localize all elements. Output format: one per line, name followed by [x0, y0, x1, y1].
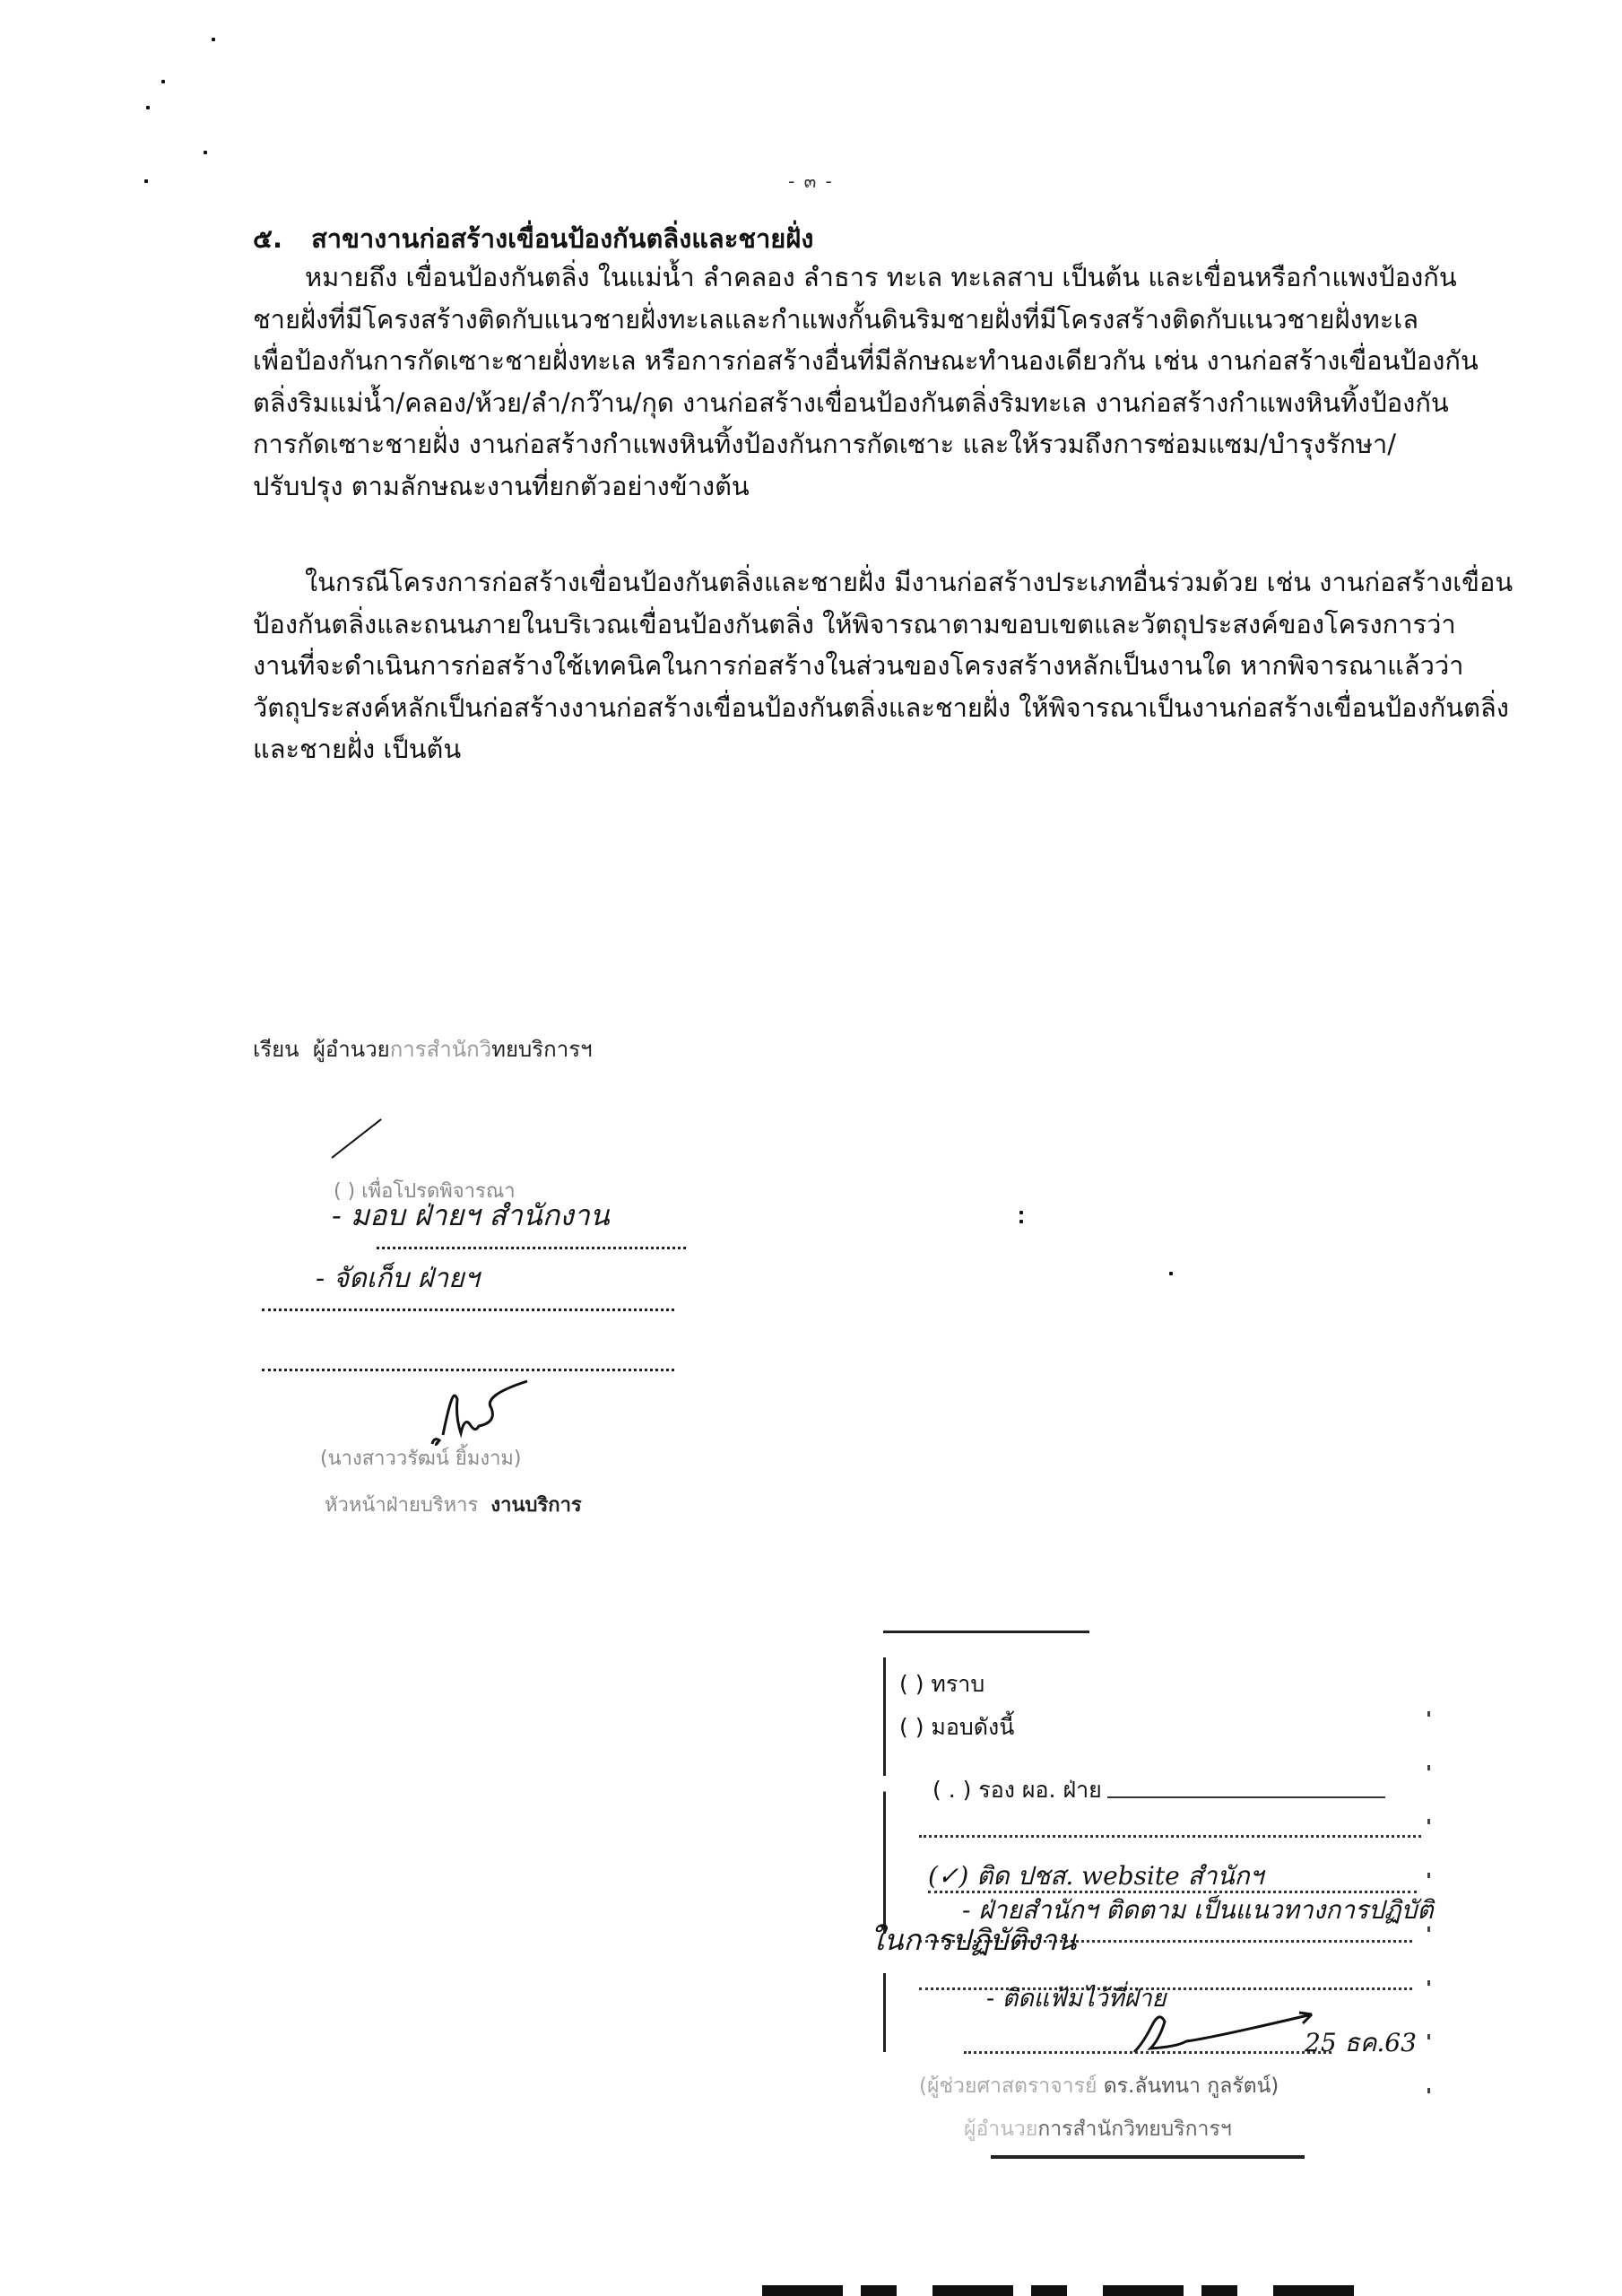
dotted-line: [964, 2051, 1331, 2054]
handwritten-note: ในการปฏิบัติงาน: [870, 1918, 1076, 1963]
director-position-faded: ผู้อำนวย: [964, 2118, 1037, 2141]
check-slash-mark: [331, 1118, 381, 1159]
director-stamp-box: ( ) ทราบ ( ) มอบดังนี้ ( . ) รอง ผอ. ฝ่า…: [883, 1622, 1439, 2160]
dotted-line: [262, 1309, 674, 1311]
stamp-option-deputy: ( . ) รอง ผอ. ฝ่าย: [932, 1772, 1102, 1808]
body-paragraph-1: หมายถึง เขื่อนป้องกันตลิ่ง ในแม่น้ำ ลำคล…: [253, 257, 1533, 507]
signer-position: หัวหน้าฝ่ายบริหาร งานบริการ: [325, 1489, 582, 1520]
paragraph-line: วัตถุประสงค์หลักเป็นก่อสร้างงานก่อสร้างเ…: [253, 687, 1533, 729]
stamp-option-assign: ( ) มอบดังนี้: [899, 1709, 1014, 1745]
signer-name: (นางสาววรัฒน์ ยิ้มงาม): [320, 1442, 522, 1474]
stamp-fill-line: [1107, 1796, 1385, 1798]
scan-speck: [146, 106, 150, 109]
paragraph-line: และชายฝั่ง เป็นต้น: [253, 728, 1533, 770]
scan-speck: [161, 80, 165, 83]
handwritten-note: - จัดเก็บ ฝ่ายฯ: [316, 1257, 480, 1300]
signer-position-faded: หัวหน้าฝ่ายบริหาร: [325, 1494, 478, 1517]
page-number: - ๓ -: [0, 167, 1622, 196]
paragraph-line: ตลิ่งริมแม่น้ำ/คลอง/ห้วย/ลำ/กว๊าน/กุด งา…: [253, 382, 1533, 424]
scan-speck: [212, 38, 215, 41]
scan-speck: [1169, 1272, 1173, 1275]
paragraph-line: เพื่อป้องกันการกัดเซาะชายฝั่งทะเล หรือกา…: [253, 340, 1533, 382]
handwritten-note: - มอบ ฝ่ายฯ สำนักงาน: [332, 1193, 610, 1239]
stamp-border-top: [883, 1631, 1089, 1633]
paragraph-line: หมายถึง เขื่อนป้องกันตลิ่ง ในแม่น้ำ ลำคล…: [253, 257, 1533, 299]
scanned-document-page: - ๓ - ๕. สาขางานก่อสร้างเขื่อนป้องกันตลิ…: [0, 0, 1622, 2296]
director-name-text: ดร.ลันทนา กูลรัตน์): [1104, 2074, 1279, 2098]
signature-icon: [423, 1372, 531, 1453]
addressee-end: ทยบริการฯ: [491, 1037, 592, 1062]
dotted-line: [919, 1835, 1421, 1838]
scan-speck: [1019, 1211, 1023, 1214]
dotted-line: [377, 1247, 686, 1249]
section-title: สาขางานก่อสร้างเขื่อนป้องกันตลิ่งและชายฝ…: [311, 223, 813, 254]
addressee-start: ผู้อำนวย: [313, 1037, 390, 1062]
handwritten-date: 25 ธค.63: [1305, 2023, 1417, 2063]
body-paragraph-2: ในกรณีโครงการก่อสร้างเขื่อนป้องกันตลิ่งแ…: [253, 561, 1533, 770]
memo-addressee: เรียน ผู้อำนวยการสำนักวิทยบริการฯ: [253, 1031, 593, 1066]
paragraph-line: ชายฝั่งที่มีโครงสร้างติดกับแนวชายฝั่งทะเ…: [253, 299, 1533, 341]
scan-edge-artifact: [762, 2285, 1372, 2296]
stamp-border-bottom: [991, 2155, 1305, 2159]
scan-speck: [1019, 1220, 1023, 1223]
paragraph-line: การกัดเซาะชายฝั่ง งานก่อสร้างกำแพงหินทิ้…: [253, 423, 1533, 465]
director-name: (ผู้ช่วยศาสตราจารย์ ดร.ลันทนา กูลรัตน์): [919, 2070, 1279, 2102]
dotted-line: [262, 1369, 674, 1371]
stamp-border-left: [883, 1657, 886, 2052]
addressee-faded: การสำนักวิ: [390, 1037, 491, 1062]
director-name-faded: (ผู้ช่วยศาสตราจารย์: [919, 2074, 1097, 2098]
paragraph-line: ป้องกันตลิ่งและถนนภายในบริเวณเขื่อนป้องก…: [253, 604, 1533, 646]
paragraph-line: ปรับปรุง ตามลักษณะงานที่ยกตัวอย่างข้างต้…: [253, 465, 1533, 508]
paragraph-line: ในกรณีโครงการก่อสร้างเขื่อนป้องกันตลิ่งแ…: [253, 561, 1533, 604]
scan-speck: [204, 151, 207, 154]
section-heading: ๕. สาขางานก่อสร้างเขื่อนป้องกันตลิ่งและช…: [253, 218, 813, 259]
memo-routing-left: เรียน ผู้อำนวยการสำนักวิทยบริการฯ ( ) เพ…: [253, 1031, 737, 1534]
director-position-text: การสำนักวิทยบริการฯ: [1037, 2118, 1231, 2141]
signer-position-end: งานบริการ: [490, 1494, 581, 1517]
salutation: เรียน: [253, 1037, 299, 1062]
director-position: ผู้อำนวยการสำนักวิทยบริการฯ: [964, 2113, 1232, 2145]
stamp-option-acknowledge: ( ) ทราบ: [899, 1666, 984, 1702]
paragraph-line: งานที่จะดำเนินการก่อสร้างใช้เทคนิคในการก…: [253, 645, 1533, 687]
section-number: ๕.: [253, 223, 282, 254]
